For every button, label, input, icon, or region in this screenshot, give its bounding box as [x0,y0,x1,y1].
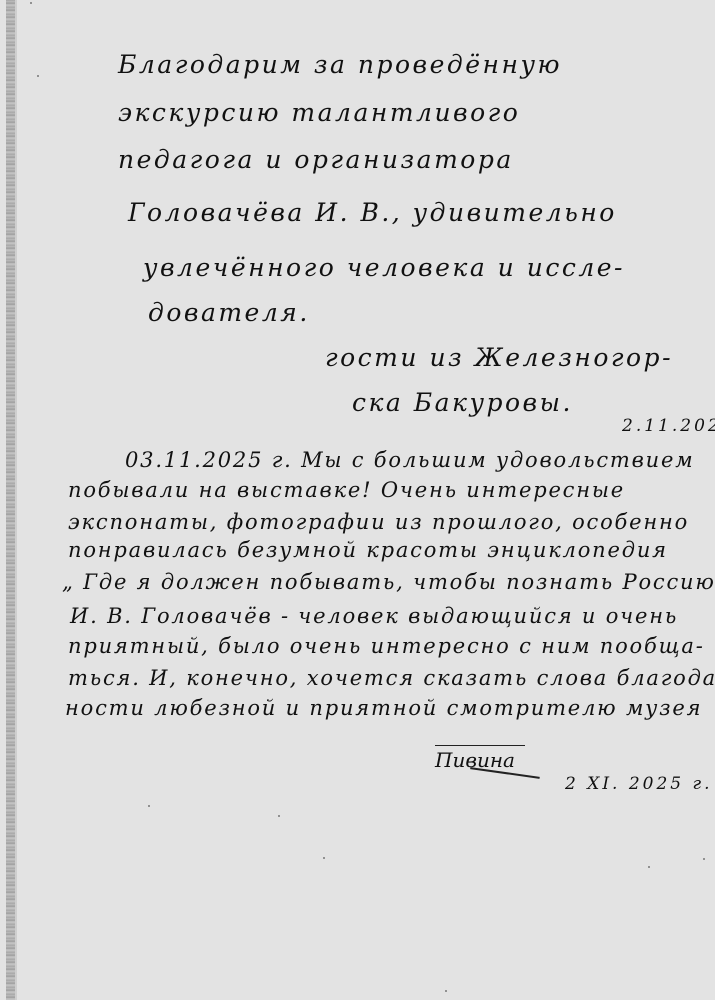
entry-1-line-2: экскурсию талантливого [118,100,520,125]
scan-speck [323,857,325,859]
entry-2-line-2: побывали на выставке! Очень интересные [68,480,625,501]
entry-2-line-1: 03.11.2025 г. Мы с большим удовольствием [125,450,694,471]
scan-speck [648,866,650,868]
scan-binding-edge [6,0,15,1000]
scan-speck [278,815,280,817]
scan-speck [37,75,39,77]
entry-1-line-8: ска Бакуровы. [352,390,573,415]
entry-1-line-6: дователя. [148,300,310,325]
scan-binding-shadow [15,0,17,1000]
entry-2-line-8: ться. И, конечно, хочется сказать слова … [68,668,715,689]
entry-2-line-6: И. В. Головачёв - человек выдающийся и о… [70,606,678,627]
entry-2-line-9: ности любезной и приятной смотрителю муз… [65,698,702,719]
scan-speck [148,805,150,807]
entry-1-line-5: увлечённого человека и иссле- [143,255,625,280]
entry-1-line-3: педагога и организатора [118,147,514,172]
entry-1-date: 2.11.202 [622,418,715,435]
entry-2-line-5: „ Где я должен побывать, чтобы познать Р… [62,572,715,593]
entry-2-date: 2 XI. 2025 г. [565,776,713,793]
entry-1-line-4: Головачёва И. В., удивительно [128,200,617,225]
entry-2-line-7: приятный, было очень интересно с ним поо… [68,636,705,657]
entry-1-line-1: Благодарим за проведённую [118,52,562,77]
entry-2-line-4: понравилась безумной красоты энциклопеди… [68,540,668,561]
entry-2-line-3: экспонаты, фотографии из прошлого, особе… [68,512,689,533]
entry-1-line-7: гости из Железногор- [325,345,673,370]
scan-speck [30,2,32,4]
scan-speck [445,990,447,992]
scan-speck [703,858,705,860]
